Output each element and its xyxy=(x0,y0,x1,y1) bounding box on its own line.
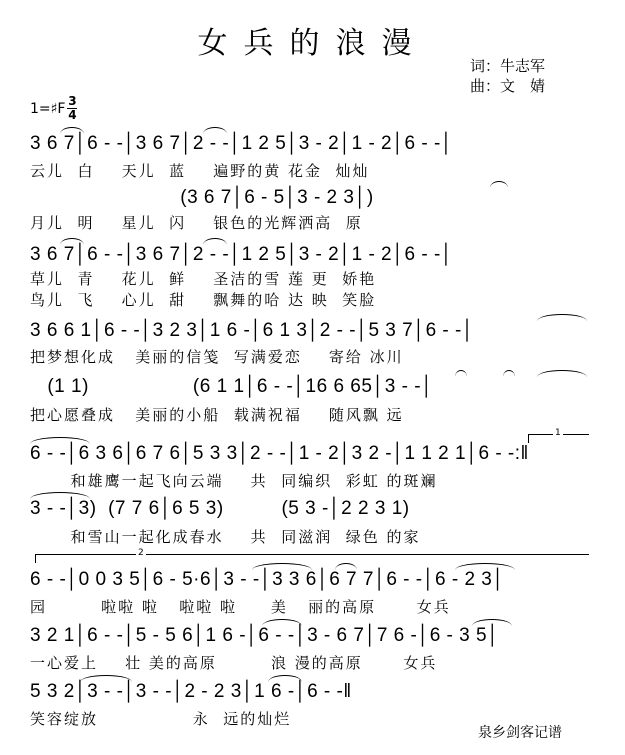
notation-row-6: 6 - -│6 3 6│6 7 6│5 3 3│2 - -│1 - 2│3 2 … xyxy=(30,443,529,465)
lyric-row-4: 把梦想化成 美丽的信笺 写满爱恋 寄给 冰川 xyxy=(30,346,404,367)
slur xyxy=(490,181,508,188)
slur xyxy=(503,370,515,377)
notation-row-9: 3 2 1│6 - -│5 - 5 6│1 6 -│6 - -│3 - 6 7│… xyxy=(30,625,499,647)
transcriber-credit: 泉乡剑客记谱 xyxy=(478,722,562,742)
lyric-row-8: 园 啦啦 啦 啦啦 啦 美 丽的高原 女兵 xyxy=(30,596,451,617)
time-signature: 3 4 xyxy=(67,96,77,121)
lyric-row-10: 笑容绽放 永 远的灿烂 xyxy=(30,708,291,729)
credits: 词：牛志军 曲：文 婧 xyxy=(470,56,545,96)
slur xyxy=(537,314,587,321)
key-signature: 1=♯F 3 4 xyxy=(30,96,77,121)
lyric-row-2: 月儿 明 星儿 闪 银色的光辉洒高 原 xyxy=(30,212,363,233)
composer: 曲：文 婧 xyxy=(470,76,545,96)
notation-row-7: 3 - -│3) (7 7 6│6 5 3) (5 3 -│2 2 3 1) xyxy=(30,498,410,520)
notation-row-3: 3 6 7│6 - -│3 6 7│2 - -│1 2 5│3 - 2│1 - … xyxy=(30,244,453,266)
notation-row-1: 3 6 7│6 - -│3 6 7│2 - -│1 2 5│3 - 2│1 - … xyxy=(30,133,453,155)
lyric-row-3a: 草儿 青 花儿 鲜 圣洁的雪 莲 更 娇艳 xyxy=(30,268,376,289)
slur xyxy=(537,370,587,377)
lyric-row-7: 和雪山一起化成春水 共 同滋润 绿色 的家 xyxy=(30,526,421,547)
volta-2: 2 xyxy=(35,554,589,563)
volta-1: 1 xyxy=(528,434,589,443)
lyric-row-9: 一心爱上 壮 美的高原 浪 漫的高原 女兵 xyxy=(30,652,437,673)
key: 1=♯F xyxy=(30,101,65,117)
slur xyxy=(455,370,467,377)
notation-row-5: (1 1) (6 1 1│6 - -│16 6 65│3 - -│ xyxy=(30,376,433,398)
lyric-row-1: 云儿 白 天儿 蓝 遍野的黄 花金 灿灿 xyxy=(30,160,370,181)
lyric-row-3b: 鸟儿 飞 心儿 甜 飘舞的哈 达 映 笑脸 xyxy=(30,289,376,310)
lyric-row-6: 和雄鹰一起飞向云端 共 同编织 彩虹 的斑斓 xyxy=(30,470,438,491)
notation-row-8: 6 - -│0 0 3 5│6 - 5·6│3 - -│3 3 6│6 7 7│… xyxy=(30,569,505,591)
notation-row-10: 5 3 2│3 - -│3 - -│2 - 2 3│1 6 -│6 - -‖ xyxy=(30,681,352,703)
notation-row-4: 3 6 6 1│6 - -│3 2 3│1 6 -│6 1 3│2 - -│5 … xyxy=(30,320,474,342)
notation-row-2: (3 6 7│6 - 5│3 - 2 3│) xyxy=(30,187,374,209)
lyric-row-5: 把心愿叠成 美丽的小船 载满祝福 随风飘 远 xyxy=(30,404,404,425)
lyricist: 词：牛志军 xyxy=(470,56,545,76)
